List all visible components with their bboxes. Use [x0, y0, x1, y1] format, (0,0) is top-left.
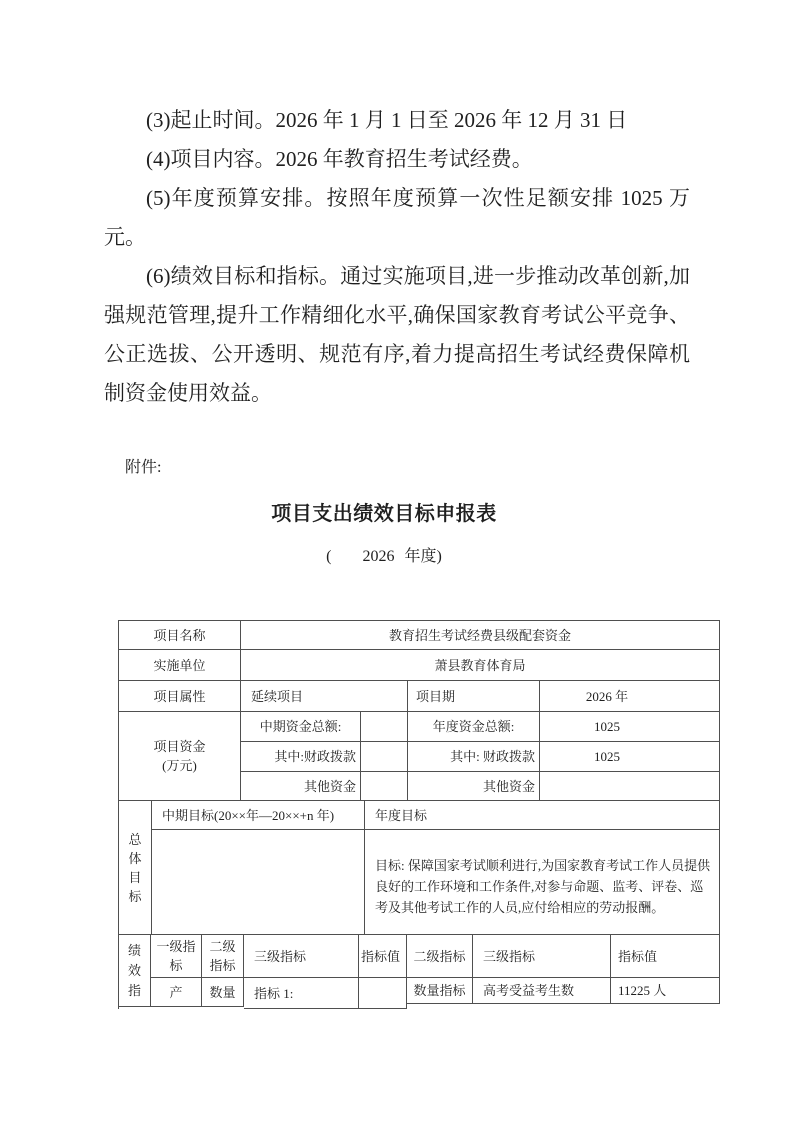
- group-project-funds: 项目资金 (万元) 中期资金总额: 年度资金总额: 1025 其中:财政拨款 其…: [119, 712, 720, 801]
- project-funds-label: 项目资金 (万元): [119, 712, 241, 801]
- row-project-name: 项目名称 教育招生考试经费县级配套资金: [119, 621, 720, 650]
- project-period-label: 项目期: [408, 681, 540, 712]
- paragraph-item-5: (5)年度预算安排。按照年度预算一次性足额安排 1025 万元。: [104, 179, 690, 257]
- performance-subrows: 一级指标 二级指标 三级指标 指标值 二级指标 三级指标 指标值 产 数量 指标…: [151, 935, 720, 1009]
- subtitle-open-paren: (: [326, 548, 331, 565]
- mid-term-fiscal-label: 其中:财政拨款: [241, 742, 361, 772]
- project-attribute-label: 项目属性: [119, 681, 241, 712]
- performance-target-table: 项目名称 教育招生考试经费县级配套资金 实施单位 萧县教育体育局 项目属性 延续…: [118, 620, 720, 1009]
- performance-label: 绩 效 指: [119, 935, 151, 1007]
- body-text-block: (3)起止时间。2026 年 1 月 1 日至 2026 年 12 月 31 日…: [104, 101, 690, 413]
- project-attribute-value: 延续项目: [241, 681, 408, 712]
- annual-fiscal-label: 其中: 财政拨款: [408, 742, 540, 772]
- goal-content-row: 目标: 保障国家考试顺利进行,为国家教育考试工作人员提供良好的工作环境和工作条件…: [152, 830, 720, 935]
- implementing-unit-label: 实施单位: [119, 650, 241, 681]
- cell-level2-right: 数量指标: [407, 978, 473, 1004]
- header-level1: 一级指标: [151, 935, 202, 978]
- cell-level1: 产: [151, 978, 202, 1007]
- row-project-attribute: 项目属性 延续项目 项目期 2026 年: [119, 681, 720, 712]
- group-overall-goal: 总 体 目 标 中期目标(20××年—20××+n 年) 年度目标 目标: 保障…: [119, 801, 720, 935]
- project-funds-subrows: 中期资金总额: 年度资金总额: 1025 其中:财政拨款 其中: 财政拨款 10…: [241, 712, 720, 801]
- subtitle-suffix: 年度): [404, 548, 441, 565]
- header-level3-right: 三级指标: [473, 935, 611, 978]
- annual-goal-header: 年度目标: [365, 801, 720, 830]
- form-subtitle: (2026年度): [104, 546, 664, 568]
- cell-level2-left: 数量: [202, 978, 244, 1007]
- cell-level3-right: 高考受益考生数: [473, 978, 611, 1004]
- funds-row-fiscal: 其中:财政拨款 其中: 财政拨款 1025: [241, 742, 720, 772]
- paragraph-item-4: (4)项目内容。2026 年教育招生考试经费。: [104, 140, 690, 179]
- paragraph-item-6: (6)绩效目标和指标。通过实施项目,进一步推动改革创新,加强规范管理,提升工作精…: [104, 257, 690, 413]
- group-performance-indicators: 绩 效 指 一级指标 二级指标 三级指标 指标值 二级指标 三级指标 指标值 产…: [119, 935, 720, 1009]
- mid-term-other-label: 其他资金: [241, 772, 361, 801]
- header-level2-right: 二级指标: [407, 935, 473, 978]
- mid-term-other-value: [361, 772, 408, 801]
- row-implementing-unit: 实施单位 萧县教育体育局: [119, 650, 720, 681]
- annual-total-label: 年度资金总额:: [408, 712, 540, 742]
- mid-term-fiscal-value: [361, 742, 408, 772]
- header-value-left: 指标值: [359, 935, 407, 978]
- mid-term-goal-header: 中期目标(20××年—20××+n 年): [152, 801, 365, 830]
- annual-other-label: 其他资金: [408, 772, 540, 801]
- document-page: (3)起止时间。2026 年 1 月 1 日至 2026 年 12 月 31 日…: [0, 0, 793, 1122]
- annual-goal-content: 目标: 保障国家考试顺利进行,为国家教育考试工作人员提供良好的工作环境和工作条件…: [365, 830, 720, 935]
- project-name-label: 项目名称: [119, 621, 241, 650]
- project-name-value: 教育招生考试经费县级配套资金: [241, 621, 720, 650]
- implementing-unit-value: 萧县教育体育局: [241, 650, 720, 681]
- mid-term-total-value: [361, 712, 408, 742]
- cell-value-right: 11225 人: [611, 978, 720, 1004]
- goal-header-row: 中期目标(20××年—20××+n 年) 年度目标: [152, 801, 720, 830]
- subtitle-year: 2026: [362, 548, 394, 565]
- project-period-value: 2026 年: [540, 681, 720, 712]
- mid-term-total-label: 中期资金总额:: [241, 712, 361, 742]
- paragraph-item-3: (3)起止时间。2026 年 1 月 1 日至 2026 年 12 月 31 日: [104, 101, 690, 140]
- indicator-data-row: 产 数量 指标 1: 数量指标 高考受益考生数 11225 人: [151, 978, 720, 1009]
- funds-row-other: 其他资金 其他资金: [241, 772, 720, 801]
- funds-row-total: 中期资金总额: 年度资金总额: 1025: [241, 712, 720, 742]
- annual-total-value: 1025: [540, 712, 720, 742]
- annual-other-value: [540, 772, 720, 801]
- mid-term-goal-content: [152, 830, 365, 935]
- cell-value-left: [359, 978, 407, 1009]
- attachment-label: 附件:: [125, 458, 161, 478]
- annual-fiscal-value: 1025: [540, 742, 720, 772]
- overall-goal-subrows: 中期目标(20××年—20××+n 年) 年度目标 目标: 保障国家考试顺利进行…: [152, 801, 720, 935]
- indicator-header-row: 一级指标 二级指标 三级指标 指标值 二级指标 三级指标 指标值: [151, 935, 720, 978]
- header-level2-left: 二级指标: [202, 935, 244, 978]
- cell-level3-left: 指标 1:: [244, 978, 359, 1009]
- header-level3-left: 三级指标: [244, 935, 359, 978]
- form-title: 项目支出绩效目标申报表: [104, 499, 664, 529]
- overall-goal-label: 总 体 目 标: [119, 801, 152, 935]
- header-value-right: 指标值: [611, 935, 720, 978]
